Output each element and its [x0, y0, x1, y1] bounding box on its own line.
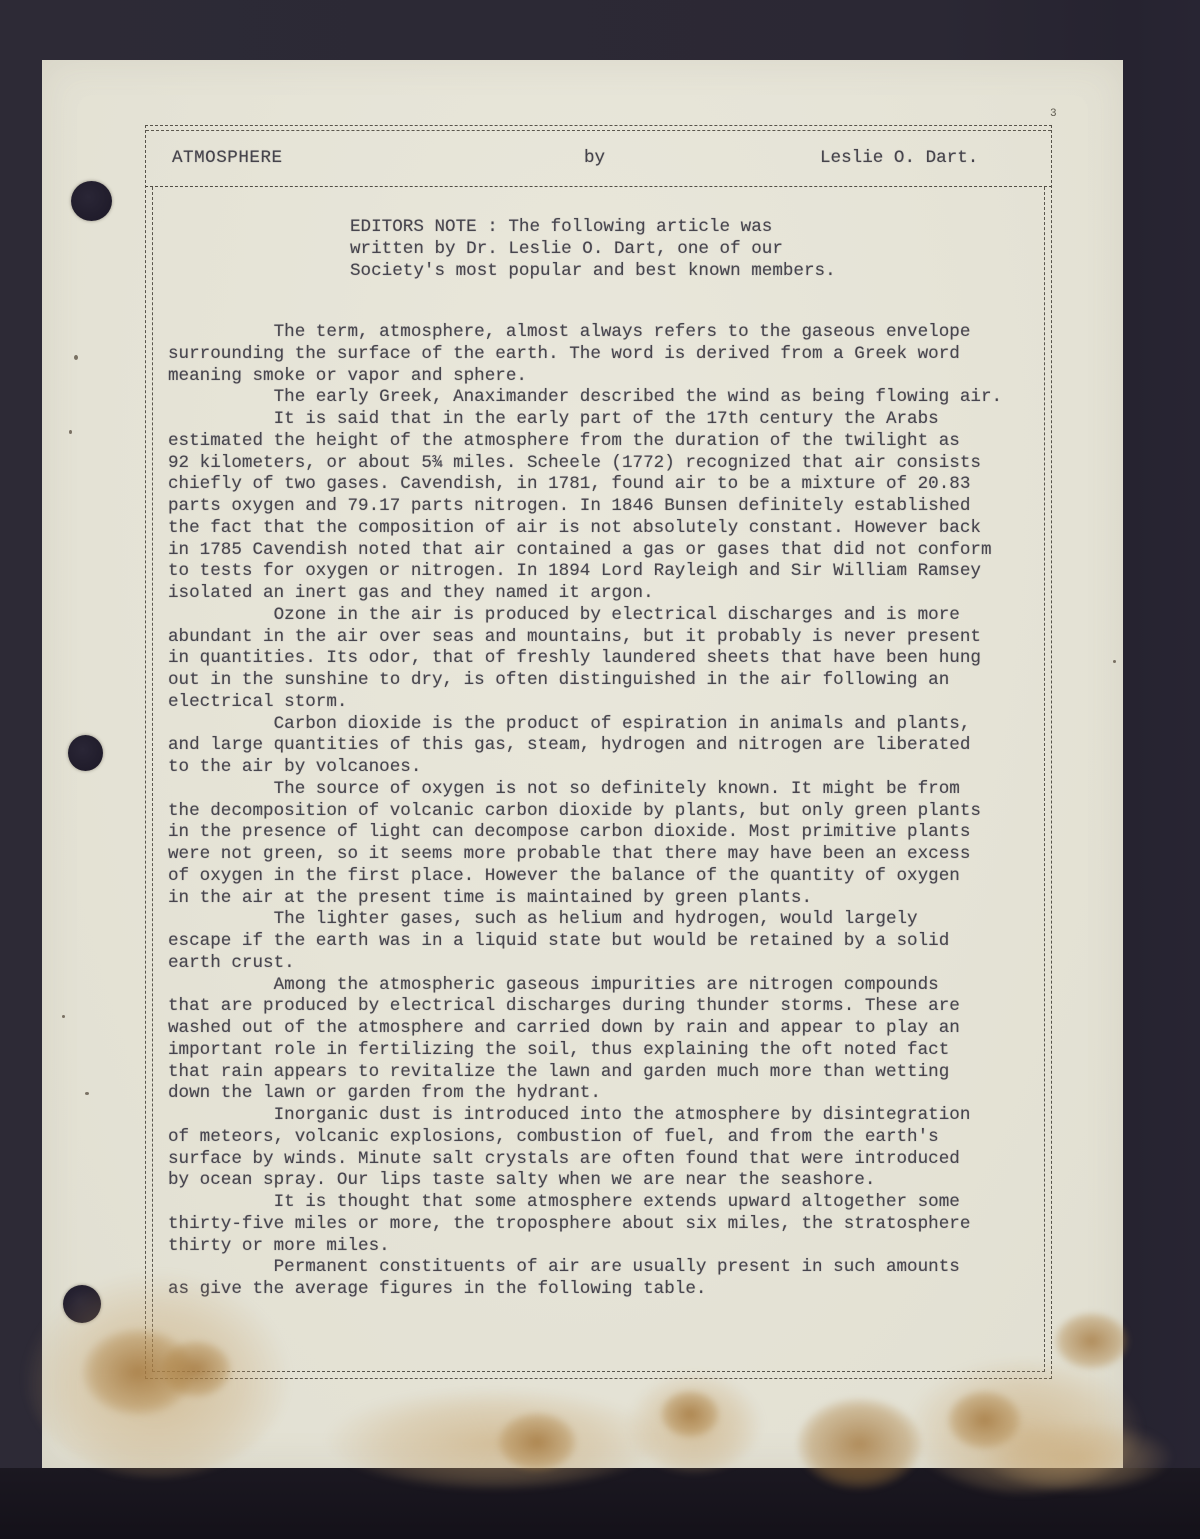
- water-stain: [660, 1390, 720, 1438]
- frame-top-double-line: [146, 130, 1051, 131]
- article-body: The term, atmosphere, almost always refe…: [168, 322, 1002, 1301]
- article-author: Leslie O. Dart.: [820, 148, 978, 168]
- paper-speck: [62, 1015, 65, 1018]
- water-stain: [497, 1412, 577, 1472]
- punch-hole-top: [71, 181, 112, 221]
- page-number: 3: [1050, 108, 1057, 120]
- article-byline: by: [584, 148, 605, 168]
- water-stain: [982, 1420, 1172, 1490]
- water-stain: [797, 1398, 922, 1490]
- paper-speck: [74, 355, 78, 360]
- water-stain: [327, 1388, 662, 1488]
- desk-background: 3 ATMOSPHERE by Leslie O. Dart. EDITORS …: [0, 0, 1200, 1539]
- paper-speck: [69, 430, 72, 434]
- water-stain: [1054, 1312, 1129, 1370]
- punch-hole-middle: [68, 735, 103, 771]
- article-title: ATMOSPHERE: [172, 148, 283, 168]
- paper-speck: [85, 1092, 89, 1095]
- document-page: 3 ATMOSPHERE by Leslie O. Dart. EDITORS …: [42, 60, 1123, 1468]
- paper-speck: [1113, 660, 1116, 663]
- water-stain: [160, 1340, 232, 1398]
- editors-note: EDITORS NOTE : The following article was…: [350, 217, 836, 282]
